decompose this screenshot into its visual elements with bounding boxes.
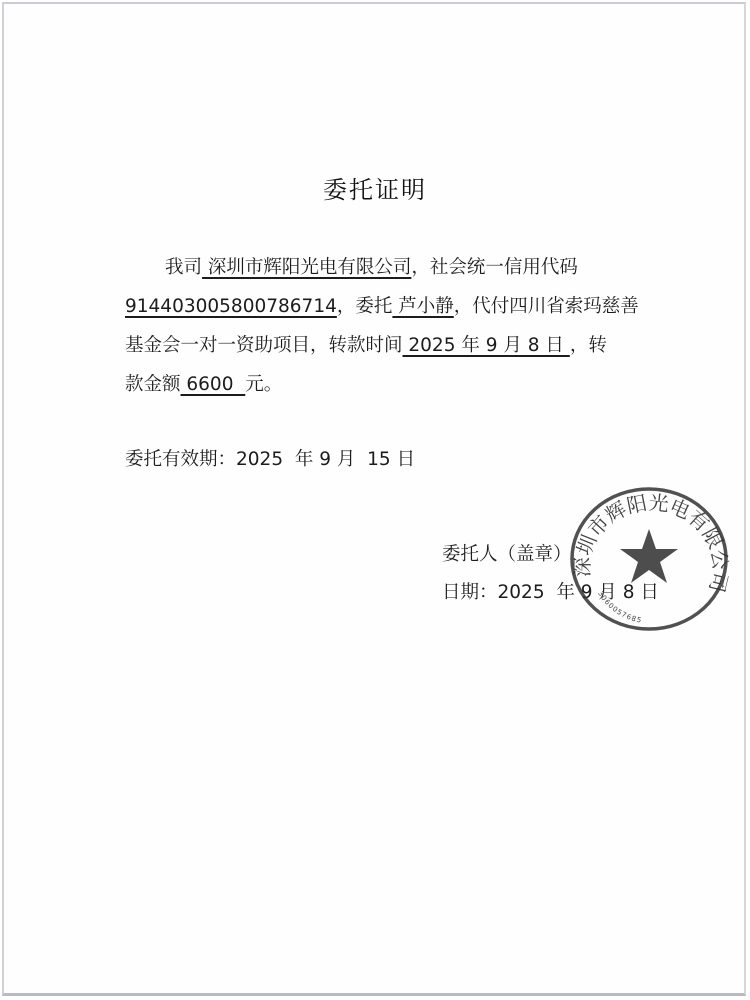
body-line-1: 我司 深圳市辉阳光电有限公司，社会统一信用代码 — [165, 253, 578, 279]
transfer-date: 2025 年 9 月 8 日 — [403, 335, 570, 356]
transfer-amount: 6600 — [181, 374, 246, 395]
agent-name: 芦小静 — [392, 296, 453, 317]
company-seal: 深圳市辉阳光电有限公司 3060057685 — [568, 485, 730, 635]
seal-icon: 深圳市辉阳光电有限公司 3060057685 — [568, 485, 730, 635]
validity-line: 委托有效期：2025 年 9 月 15 日 — [125, 445, 415, 471]
body-text: ，代付四川省索玛慈善 — [454, 296, 639, 317]
svg-text:3060057685: 3060057685 — [596, 590, 643, 625]
body-text: ，社会统一信用代码 — [411, 257, 578, 278]
validity-label: 委托有效期： — [125, 449, 236, 470]
body-text: 我司 — [165, 257, 202, 278]
credit-code: 914403005800786714 — [125, 296, 337, 317]
body-text: ，委托 — [337, 296, 393, 317]
principal-label: 委托人（盖章） — [442, 540, 572, 566]
body-line-2: 914403005800786714，委托 芦小静，代付四川省索玛慈善 — [125, 292, 639, 318]
body-text: 元。 — [245, 374, 282, 395]
company-name: 深圳市辉阳光电有限公司 — [202, 257, 411, 278]
body-line-4: 款金额 6600 元。 — [125, 370, 282, 396]
date-label: 日期： — [442, 582, 498, 603]
document-title: 委托证明 — [0, 170, 750, 205]
validity-value: 2025 年 9 月 15 日 — [236, 449, 415, 470]
body-text: 款金额 — [125, 374, 181, 395]
body-text: ，转 — [570, 335, 607, 356]
body-text: 基金会一对一资助项目，转款时间 — [125, 335, 403, 356]
body-line-3: 基金会一对一资助项目，转款时间 2025 年 9 月 8 日 ，转 — [125, 331, 607, 357]
